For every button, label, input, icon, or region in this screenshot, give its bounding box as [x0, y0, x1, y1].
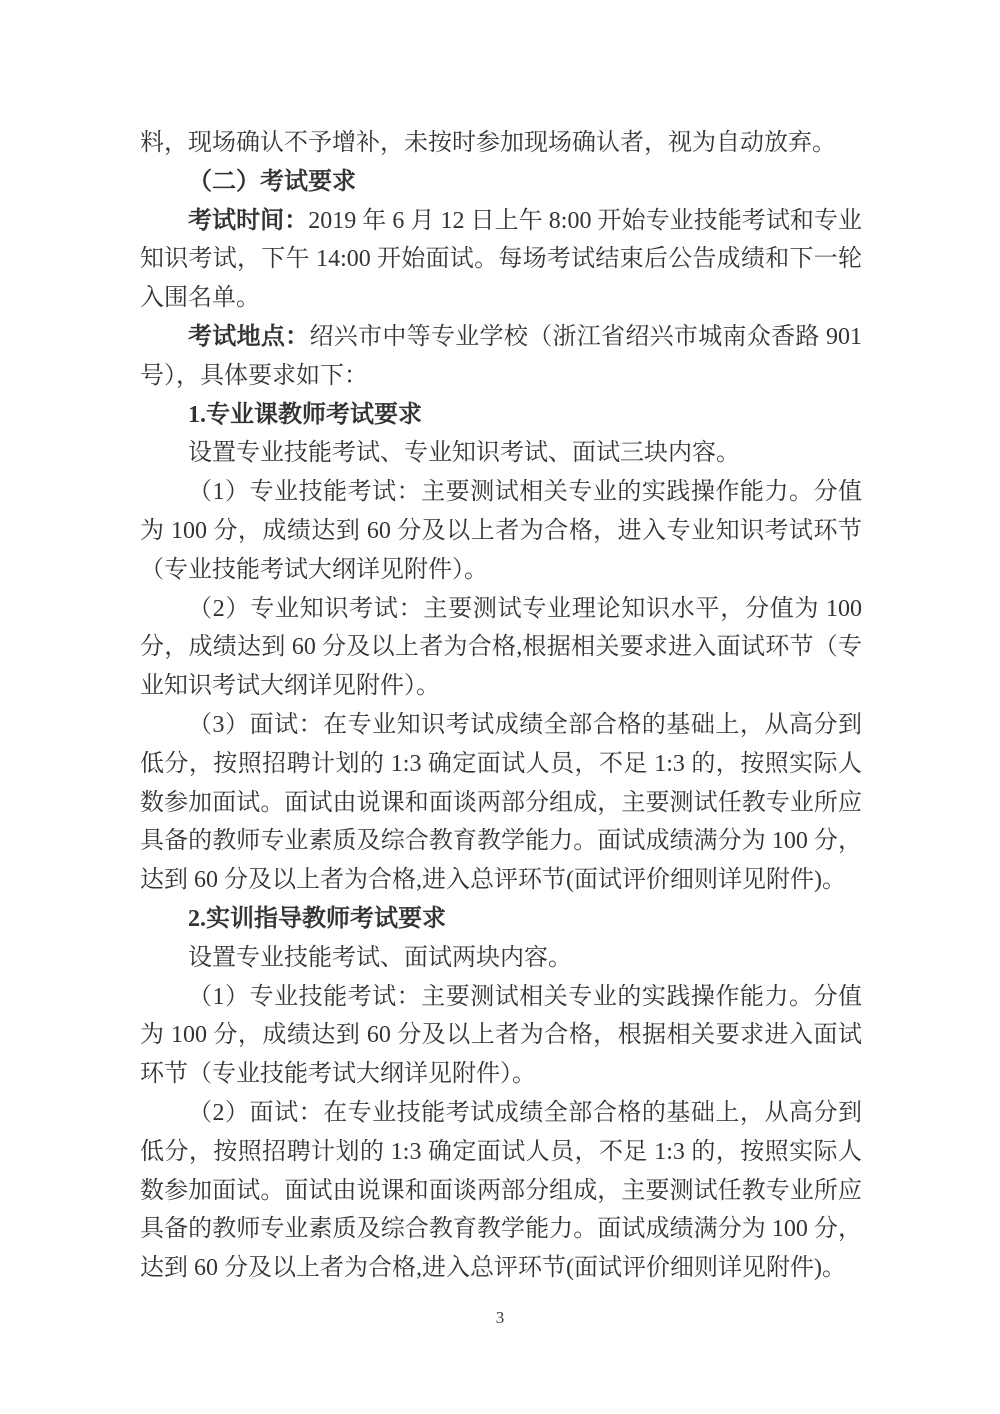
paragraph-continuation: 料，现场确认不予增补，未按时参加现场确认者，视为自动放弃。 [140, 124, 862, 163]
text-run: 设置专业技能考试、专业知识考试、面试三块内容。 [188, 440, 740, 466]
text-run: （2）面试：在专业技能考试成绩全部合格的基础上，从高分到低分，按照招聘计划的 1… [140, 1100, 862, 1281]
text-run: （3）面试：在专业知识考试成绩全部合格的基础上，从高分到低分，按照招聘计划的 1… [140, 712, 862, 893]
text-run: 料，现场确认不予增补，未按时参加现场确认者，视为自动放弃。 [140, 130, 836, 156]
paragraph-skill-exam-1: （1）专业技能考试：主要测试相关专业的实践操作能力。分值为 100 分，成绩达到… [140, 473, 862, 589]
text-run: （1）专业技能考试：主要测试相关专业的实践操作能力。分值为 100 分，成绩达到… [140, 984, 862, 1088]
page-number: 3 [0, 1308, 1000, 1328]
paragraph-knowledge-exam: （2）专业知识考试：主要测试专业理论知识水平，分值为 100 分，成绩达到 60… [140, 590, 862, 706]
heading-professional-course-teacher: 1.专业课教师考试要求 [140, 396, 862, 435]
paragraph-exam-location: 考试地点：绍兴市中等专业学校（浙江省绍兴市城南众香路 901 号），具体要求如下… [140, 318, 862, 396]
text-run: （2）专业知识考试：主要测试专业理论知识水平，分值为 100 分，成绩达到 60… [140, 596, 862, 700]
document-page: 料，现场确认不予增补，未按时参加现场确认者，视为自动放弃。（二）考试要求考试时间… [0, 0, 1000, 1414]
text-run: 设置专业技能考试、面试两块内容。 [188, 945, 572, 971]
paragraph-three-parts: 设置专业技能考试、专业知识考试、面试三块内容。 [140, 434, 862, 473]
emphasis-run: 1.专业课教师考试要求 [188, 402, 422, 428]
paragraph-skill-exam-2: （1）专业技能考试：主要测试相关专业的实践操作能力。分值为 100 分，成绩达到… [140, 978, 862, 1094]
heading-training-instructor: 2.实训指导教师考试要求 [140, 900, 862, 939]
text-run: （1）专业技能考试：主要测试相关专业的实践操作能力。分值为 100 分，成绩达到… [140, 479, 862, 583]
paragraph-two-parts: 设置专业技能考试、面试两块内容。 [140, 939, 862, 978]
emphasis-run: （二）考试要求 [188, 169, 356, 195]
document-body: 料，现场确认不予增补，未按时参加现场确认者，视为自动放弃。（二）考试要求考试时间… [140, 124, 862, 1288]
paragraph-interview-2: （2）面试：在专业技能考试成绩全部合格的基础上，从高分到低分，按照招聘计划的 1… [140, 1094, 862, 1288]
emphasis-run: 2.实训指导教师考试要求 [188, 906, 446, 932]
heading-exam-requirements: （二）考试要求 [140, 163, 862, 202]
emphasis-run: 考试时间： [188, 208, 308, 234]
emphasis-run: 考试地点： [188, 324, 309, 350]
paragraph-exam-time: 考试时间：2019 年 6 月 12 日上午 8:00 开始专业技能考试和专业知… [140, 202, 862, 318]
paragraph-interview-1: （3）面试：在专业知识考试成绩全部合格的基础上，从高分到低分，按照招聘计划的 1… [140, 706, 862, 900]
